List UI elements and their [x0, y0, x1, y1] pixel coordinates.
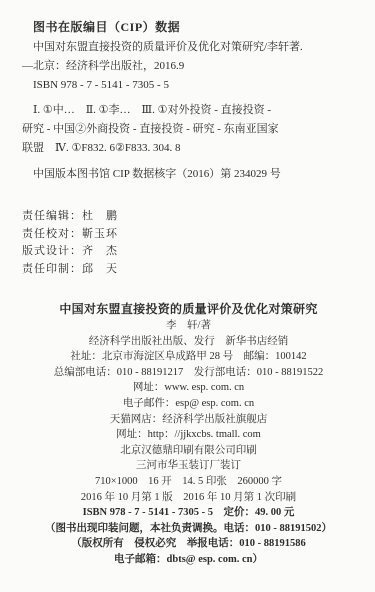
edition-impression-line: 2016 年 10 月第 1 版 2016 年 10 月第 1 次印刷 [22, 490, 355, 506]
publisher-phones-line: 总编部电话：010 - 88191217 发行部电话：010 - 8819152… [22, 365, 355, 381]
tmall-store-line: 天猫网店：经济科学出版社旗舰店 [22, 412, 355, 428]
cip-isbn: ISBN 978 - 7 - 5141 - 7305 - 5 [22, 76, 355, 95]
copyright-page: 图书在版编目（CIP）数据 中国对东盟直接投资的质量评价及优化对策研究/李轩著.… [0, 0, 375, 592]
report-email-line: 电子邮箱：dbts@ esp. com. cn） [22, 552, 355, 568]
binder-line: 三河市华玉装订厂装订 [22, 458, 355, 474]
credit-print-supervisor: 责任印制：邱 天 [22, 261, 355, 279]
cip-classification-line3: 联盟 Ⅳ. ①F832. 6②F833. 304. 8 [22, 139, 355, 158]
credit-proofreader: 责任校对：靳玉环 [22, 226, 355, 244]
tmall-url-line: 网址：http：//jjkxcbs. tmall. com [22, 427, 355, 443]
cip-record-number: 中国版本图书馆 CIP 数据核字（2016）第 234029 号 [22, 165, 355, 184]
publisher-address-line: 社址：北京市海淀区阜成路甲 28 号 邮编：100142 [22, 349, 355, 365]
credits-section: 责任编辑：杜 鹏 责任校对：靳玉环 版式设计：齐 杰 责任印制：邱 天 [22, 208, 355, 278]
cip-header: 图书在版编目（CIP）数据 [22, 16, 355, 38]
book-title: 中国对东盟直接投资的质量评价及优化对策研究 [22, 300, 355, 318]
publisher-email-line: 电子邮件：esp@ esp. com. cn [22, 396, 355, 412]
cip-classification-line1: Ⅰ. ①中… Ⅱ. ①李… Ⅲ. ①对外投资 - 直接投资 - [22, 101, 355, 120]
exchange-notice-line: （图书出现印装问题，本社负责调换。电话：010 - 88191502） [22, 521, 355, 537]
cip-section: 图书在版编目（CIP）数据 中国对东盟直接投资的质量评价及优化对策研究/李轩著.… [22, 16, 355, 184]
format-sheets-line: 710×1000 16 开 14. 5 印张 260000 字 [22, 474, 355, 490]
credit-editor: 责任编辑：杜 鹏 [22, 208, 355, 226]
cip-entry-title: 中国对东盟直接投资的质量评价及优化对策研究/李轩著. [22, 38, 355, 57]
credit-layout-designer: 版式设计：齐 杰 [22, 243, 355, 261]
publisher-distribution-line: 经济科学出版社出版、发行 新华书店经销 [22, 334, 355, 350]
book-author: 李 轩/著 [22, 318, 355, 334]
printer-line: 北京汉德鼎印刷有限公司印刷 [22, 443, 355, 459]
colophon-section: 中国对东盟直接投资的质量评价及优化对策研究 李 轩/著 经济科学出版社出版、发行… [22, 300, 355, 568]
copyright-notice-line: （版权所有 侵权必究 举报电话：010 - 88191586 [22, 536, 355, 552]
cip-entry-publisher: —北京：经济科学出版社，2016.9 [22, 57, 355, 76]
cip-classification-line2: 研究 - 中国②外商投资 - 直接投资 - 研究 - 东南亚国家 [22, 120, 355, 139]
publisher-website-line: 网址：www. esp. com. cn [22, 380, 355, 396]
isbn-price-line: ISBN 978 - 7 - 5141 - 7305 - 5 定价：49. 00… [22, 505, 355, 521]
